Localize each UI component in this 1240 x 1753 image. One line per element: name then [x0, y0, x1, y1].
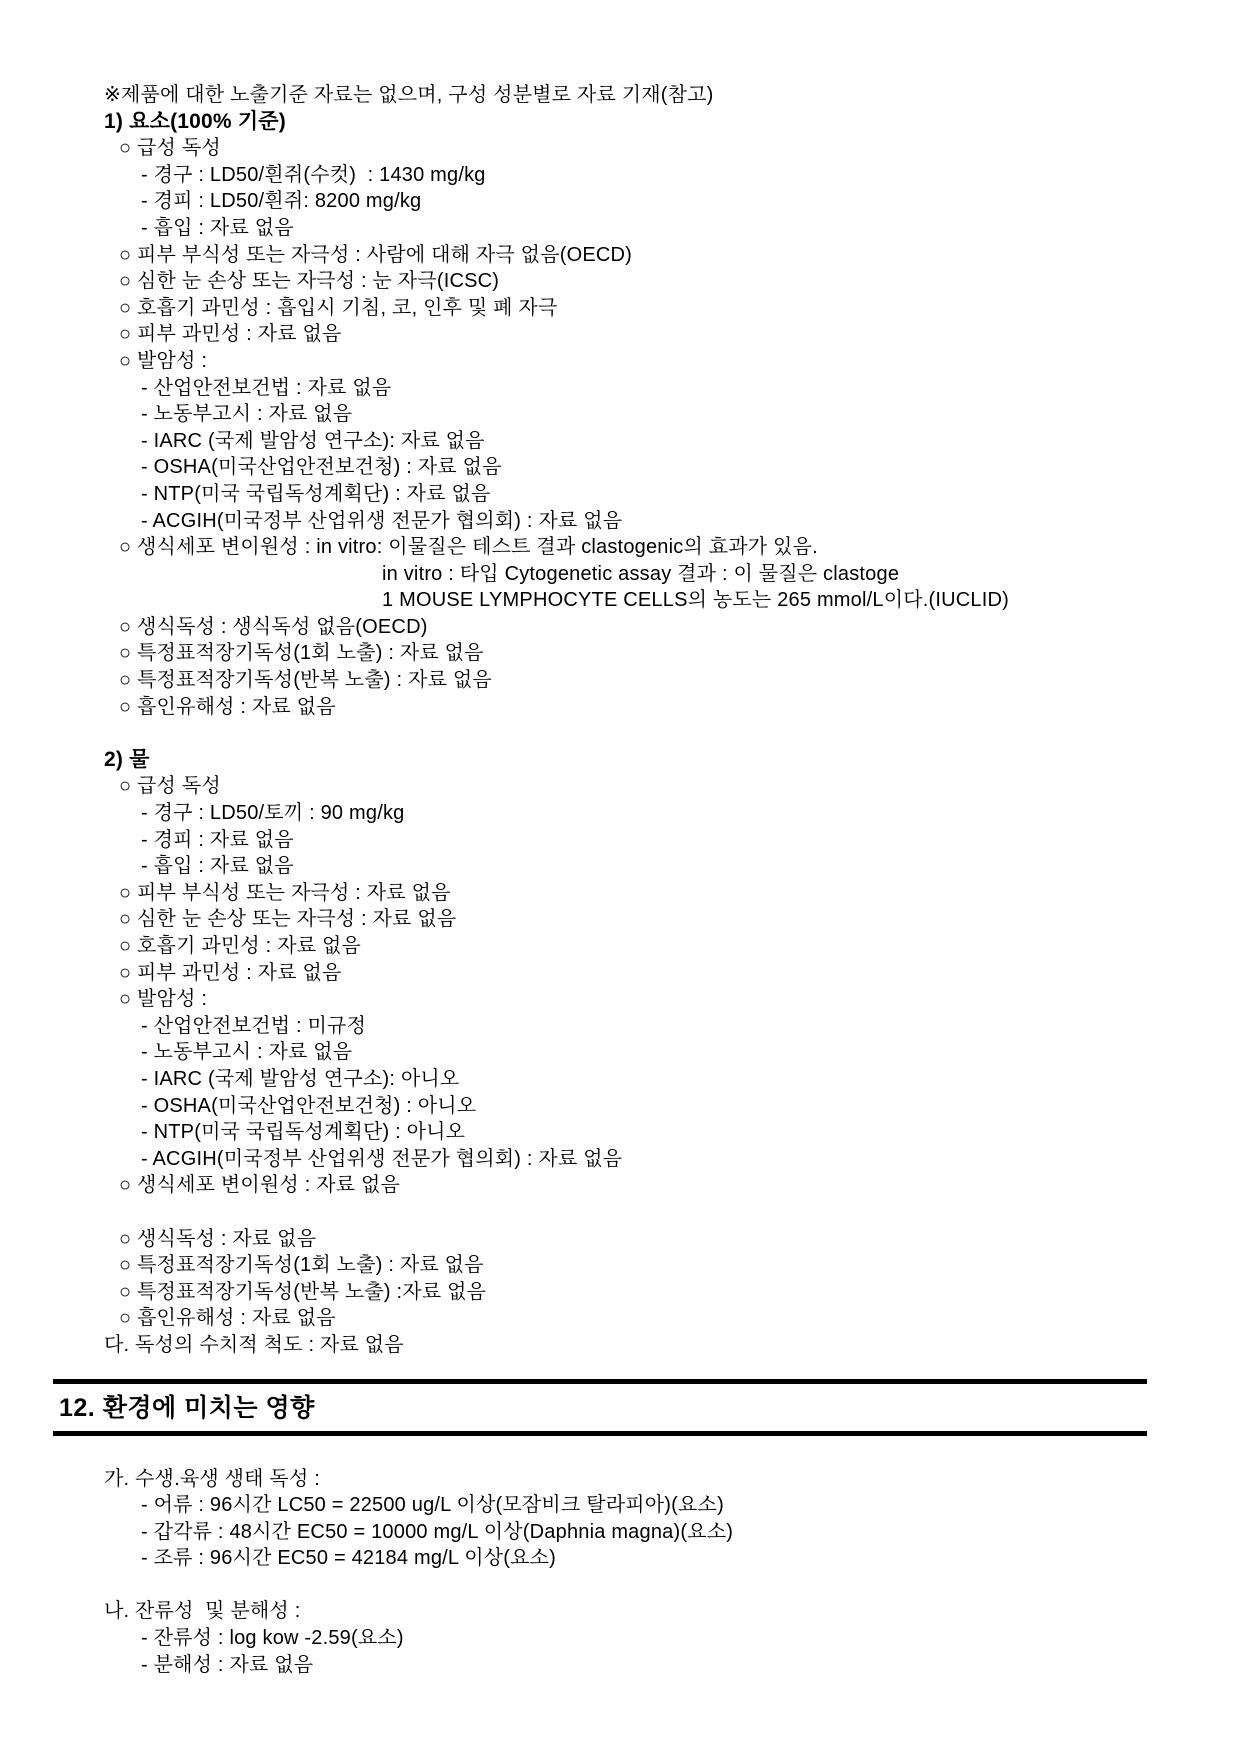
doc-line: ○ 생식세포 변이원성 : 자료 없음: [0, 1172, 1240, 1199]
doc-line: ○ 급성 독성: [0, 773, 1240, 800]
doc-line: - 노동부고시 : 자료 없음: [0, 1039, 1240, 1066]
doc-line: ○ 호흡기 과민성 : 자료 없음: [0, 933, 1240, 960]
substance-2-heading: 2) 물: [0, 747, 1240, 774]
doc-line: ○ 흡인유해성 : 자료 없음: [0, 1305, 1240, 1332]
doc-line: - OSHA(미국산업안전보건청) : 자료 없음: [0, 454, 1240, 481]
doc-line: - 경피 : 자료 없음: [0, 827, 1240, 854]
doc-line: - 흡입 : 자료 없음: [0, 215, 1240, 242]
eco-toxicity-heading: 가. 수생.육생 생태 독성 :: [0, 1466, 1240, 1493]
doc-line: - 산업안전보건법 : 자료 없음: [0, 375, 1240, 402]
doc-line: ○ 급성 독성: [0, 135, 1240, 162]
doc-line: - ACGIH(미국정부 산업위생 전문가 협의회) : 자료 없음: [0, 1146, 1240, 1173]
doc-line: - 경구 : LD50/흰쥐(수컷) : 1430 mg/kg: [0, 162, 1240, 189]
doc-line: ○ 심한 눈 손상 또는 자극성 : 눈 자극(ICSC): [0, 268, 1240, 295]
doc-line: ○ 생식독성 : 생식독성 없음(OECD): [0, 614, 1240, 641]
doc-line: - 갑각류 : 48시간 EC50 = 10000 mg/L 이상(Daphni…: [0, 1519, 1240, 1546]
doc-line: - OSHA(미국산업안전보건청) : 아니오: [0, 1093, 1240, 1120]
persistence-heading: 나. 잔류성 및 분해성 :: [0, 1598, 1240, 1625]
doc-line: ○ 피부 부식성 또는 자극성 : 자료 없음: [0, 880, 1240, 907]
doc-line: ○ 특정표적장기독성(반복 노출) : 자료 없음: [0, 667, 1240, 694]
doc-line: ○ 발암성 :: [0, 986, 1240, 1013]
msds-page: ※제품에 대한 노출기준 자료는 없으며, 구성 성분별로 자료 기재(참고)1…: [0, 0, 1240, 1678]
substance-1-heading: 1) 요소(100% 기준): [0, 109, 1240, 136]
doc-line: ○ 특정표적장기독성(1회 노출) : 자료 없음: [0, 640, 1240, 667]
doc-line: - 분해성 : 자료 없음: [0, 1652, 1240, 1679]
doc-line: ○ 생식독성 : 자료 없음: [0, 1226, 1240, 1253]
doc-line: ○ 흡인유해성 : 자료 없음: [0, 694, 1240, 721]
doc-line: ○ 피부 과민성 : 자료 없음: [0, 960, 1240, 987]
doc-line: ○ 생식세포 변이원성 : in vitro: 이물질은 테스트 결과 clas…: [0, 534, 1240, 561]
doc-line: ○ 피부 과민성 : 자료 없음: [0, 321, 1240, 348]
doc-line: ○ 심한 눈 손상 또는 자극성 : 자료 없음: [0, 906, 1240, 933]
doc-line: in vitro : 타입 Cytogenetic assay 결과 : 이 물…: [0, 561, 1240, 588]
doc-line: - ACGIH(미국정부 산업위생 전문가 협의회) : 자료 없음: [0, 508, 1240, 535]
doc-line: - NTP(미국 국립독성계획단) : 아니오: [0, 1119, 1240, 1146]
toxicity-section-body: ※제품에 대한 노출기준 자료는 없으며, 구성 성분별로 자료 기재(참고)1…: [0, 82, 1240, 1359]
doc-line: - 산업안전보건법 : 미규정: [0, 1013, 1240, 1040]
doc-line: - 조류 : 96시간 EC50 = 42184 mg/L 이상(요소): [0, 1545, 1240, 1572]
exposure-note: ※제품에 대한 노출기준 자료는 없으며, 구성 성분별로 자료 기재(참고): [0, 82, 1240, 109]
doc-line: 1 MOUSE LYMPHOCYTE CELLS의 농도는 265 mmol/L…: [0, 587, 1240, 614]
doc-line: - 경구 : LD50/토끼 : 90 mg/kg: [0, 800, 1240, 827]
environment-section-body: 가. 수생.육생 생태 독성 :- 어류 : 96시간 LC50 = 22500…: [0, 1466, 1240, 1679]
doc-line: ○ 특정표적장기독성(반복 노출) :자료 없음: [0, 1279, 1240, 1306]
numeric-toxicity-scale-line: 다. 독성의 수치적 척도 : 자료 없음: [0, 1332, 1240, 1359]
doc-line: - IARC (국제 발암성 연구소): 아니오: [0, 1066, 1240, 1093]
doc-line: - NTP(미국 국립독성계획단) : 자료 없음: [0, 481, 1240, 508]
doc-line: - 잔류성 : log kow -2.59(요소): [0, 1625, 1240, 1652]
doc-line: ○ 호흡기 과민성 : 흡입시 기침, 코, 인후 및 폐 자극: [0, 295, 1240, 322]
doc-line: - IARC (국제 발암성 연구소): 자료 없음: [0, 428, 1240, 455]
doc-line: - 경피 : LD50/흰쥐: 8200 mg/kg: [0, 188, 1240, 215]
doc-line: ○ 피부 부식성 또는 자극성 : 사람에 대해 자극 없음(OECD): [0, 242, 1240, 269]
doc-line: - 흡입 : 자료 없음: [0, 853, 1240, 880]
section-12-heading: 12. 환경에 미치는 영향: [53, 1379, 1147, 1436]
doc-line: - 노동부고시 : 자료 없음: [0, 401, 1240, 428]
doc-line: ○ 특정표적장기독성(1회 노출) : 자료 없음: [0, 1252, 1240, 1279]
doc-line: ○ 발암성 :: [0, 348, 1240, 375]
doc-line: - 어류 : 96시간 LC50 = 22500 ug/L 이상(모잠비크 탈라…: [0, 1492, 1240, 1519]
